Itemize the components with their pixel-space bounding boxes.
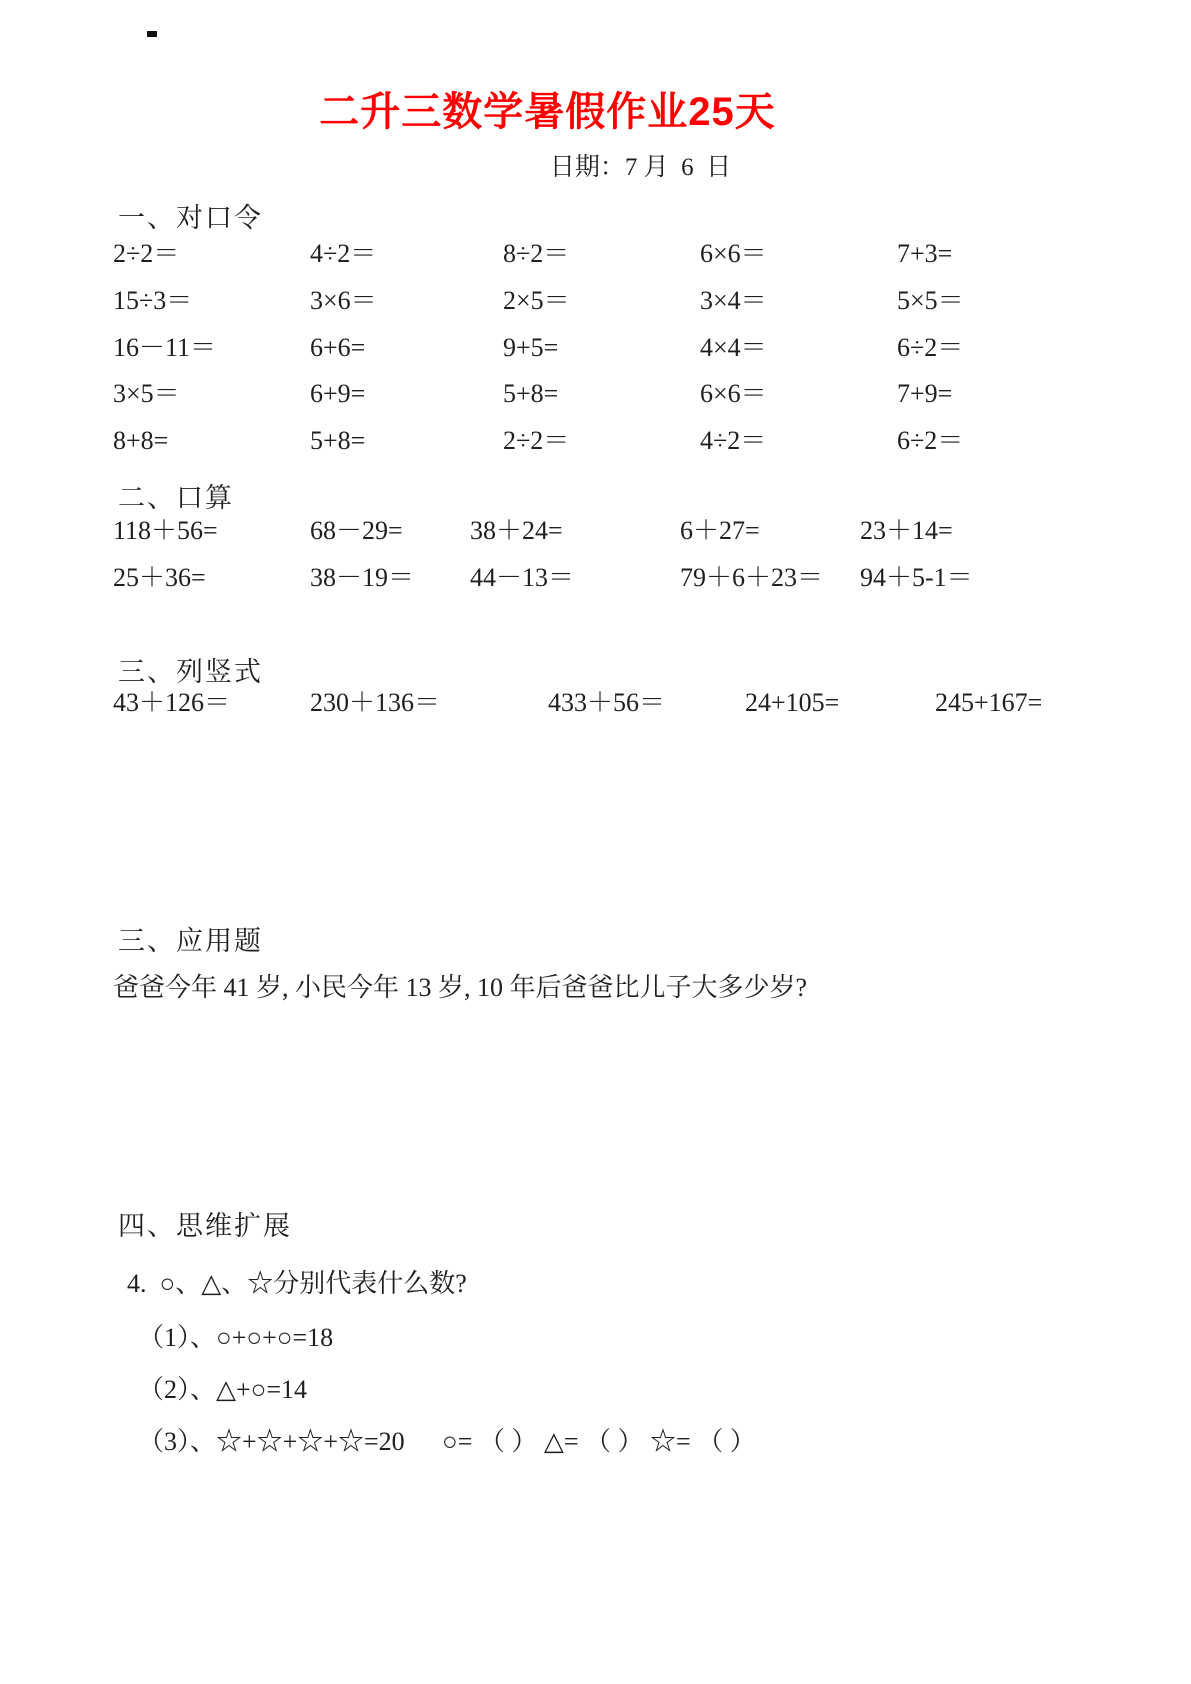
math-problem: 44－13＝ [470,563,680,610]
math-problem: 79＋6＋23＝ [680,563,860,610]
math-problem: 6+6= [310,333,503,380]
math-problem: 6＋27= [680,516,860,563]
question-4-answer-blanks: ○= （ ） △= （ ） ☆= （ ） [442,1426,756,1458]
math-problem: 16－11＝ [113,333,310,380]
column-form-grid: 43＋126＝ 230＋136＝ 433＋56＝ 24+105= 245+167… [113,688,1151,718]
math-problem: 6÷2＝ [897,426,1151,473]
math-problem: 3×4＝ [700,286,897,333]
math-problem: 25＋36= [113,563,310,610]
question-4-item-3: （3）、☆+☆+☆+☆=20 [138,1426,405,1458]
math-problem: 8+8= [113,426,310,473]
math-problem: 4÷2＝ [310,239,503,286]
math-problem: 23＋14= [860,516,1151,563]
math-problem: 433＋56＝ [548,688,745,718]
section-heading-mental-math: 二、口算 [118,476,234,515]
math-problem: 68－29= [310,516,470,563]
math-problem: 7+3= [897,239,1151,286]
math-problem: 4÷2＝ [700,426,897,473]
question-4-text: 4. ○、△、☆分别代表什么数? [127,1268,467,1300]
math-problem: 5+8= [310,426,503,473]
math-problem: 6÷2＝ [897,333,1151,380]
mental-math-grid: 118＋56= 68－29= 38＋24= 6＋27= 23＋14= 25＋36… [113,516,1151,609]
math-problem: 7+9= [897,379,1151,426]
page-title: 二升三数学暑假作业25天 [0,80,1143,137]
oral-pairs-grid: 2÷2＝ 4÷2＝ 8÷2＝ 6×6＝ 7+3= 15÷3＝ 3×6＝ 2×5＝… [113,239,1151,473]
math-problem: 8÷2＝ [503,239,700,286]
math-problem: 245+167= [935,688,1151,718]
math-problem: 9+5= [503,333,700,380]
math-problem: 2÷2＝ [113,239,310,286]
math-problem: 6×6＝ [700,379,897,426]
math-problem: 94＋5-1＝ [860,563,1151,610]
math-problem: 5+8= [503,379,700,426]
question-4-item-1: （1）、○+○+○=18 [138,1322,333,1354]
date-line: 日期：7 月 6 日 [45,147,1191,183]
section-heading-oral-pairs: 一、对口令 [118,196,263,235]
section-heading-column-form: 三、列竖式 [118,650,263,689]
word-problem-text: 爸爸今年 41 岁, 小民今年 13 岁, 10 年后爸爸比儿子大多少岁? [113,972,807,1004]
math-problem: 43＋126＝ [113,688,310,718]
math-problem: 24+105= [745,688,935,718]
math-problem: 118＋56= [113,516,310,563]
page-mark [147,31,157,37]
math-problem: 15÷3＝ [113,286,310,333]
math-problem: 3×5＝ [113,379,310,426]
math-problem: 2÷2＝ [503,426,700,473]
question-4-item-2: （2）、△+○=14 [138,1374,307,1406]
math-problem: 230＋136＝ [310,688,548,718]
math-problem: 5×5＝ [897,286,1151,333]
math-problem: 3×6＝ [310,286,503,333]
worksheet-page: 二升三数学暑假作业25天 日期：7 月 6 日 一、对口令 2÷2＝ 4÷2＝ … [0,0,1191,1684]
math-problem: 2×5＝ [503,286,700,333]
section-heading-word-problem: 三、应用题 [118,919,263,958]
math-problem: 6+9= [310,379,503,426]
math-problem: 4×4＝ [700,333,897,380]
math-problem: 38＋24= [470,516,680,563]
math-problem: 38－19＝ [310,563,470,610]
section-heading-thinking: 四、思维扩展 [118,1204,292,1243]
math-problem: 6×6＝ [700,239,897,286]
